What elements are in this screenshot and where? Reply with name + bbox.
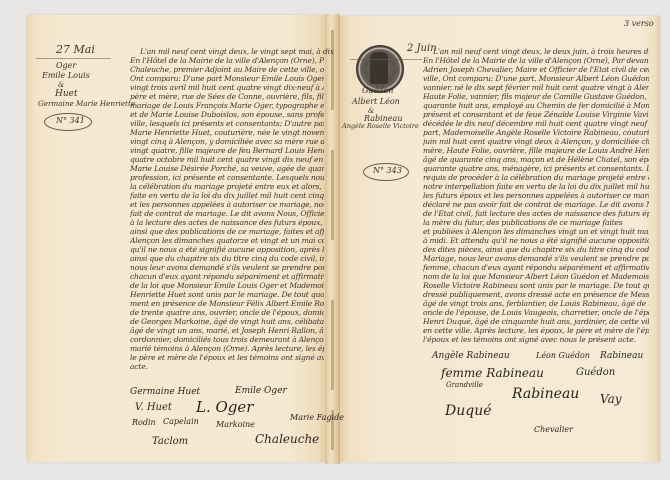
groom-surname: Oger [56, 62, 76, 70]
body-line: femme, chacun d'eux ayant répondu séparé… [423, 263, 649, 272]
body-line: et de Marie Louise Duboislos, son épouse… [130, 110, 324, 119]
body-line: âgé de vingt un ans, marié, et Joseph He… [130, 326, 324, 335]
body-line: Haute Folie, vannier, fils majeur de Cam… [423, 92, 649, 101]
body-line: les futurs époux et les personnes appelé… [423, 191, 649, 200]
body-line: des dites pièces, ainsi que du chapitre … [423, 245, 649, 254]
bride-surname: Huet [55, 90, 78, 99]
body-line: faite en vertu de la loi du dix juillet … [130, 191, 324, 200]
right-act-body: L'an mil neuf cent vingt deux, le deux j… [423, 47, 649, 357]
marianne-figure-icon [370, 52, 388, 84]
left-act-body: L'an mil neuf cent vingt deux, le vingt … [130, 47, 324, 387]
body-line: mère, Haute Folie, ouvrière, fille majeu… [423, 146, 649, 155]
body-line: quarante huit ans, employé au Chemin de … [423, 101, 649, 110]
body-line: Henri Duqué, âgé de cinquante huit ans, … [423, 317, 649, 326]
bride-given-names: Angèle Roselle Victoire [342, 123, 419, 130]
signature: Taclom [152, 436, 188, 447]
body-line: marié témoins à Alençon (Orne). Après le… [130, 344, 324, 353]
body-line: L'an mil neuf cent vingt deux, le deux j… [433, 47, 649, 56]
body-line: chacun d'eux ayant répondu séparément et… [130, 272, 324, 281]
body-line: décédée le dix neuf décembre mil huit ce… [423, 119, 649, 128]
body-line: vannier, né le dix sept février mil huit… [423, 83, 649, 92]
body-line: la mère du futur, des publications de ce… [423, 218, 649, 227]
margin-conjunction: & [58, 82, 64, 89]
groom-given-names: Albert Léon [352, 98, 400, 106]
binding-stitch [331, 300, 334, 390]
body-line: de la loi que Monsieur Emile Louis Oger … [130, 281, 324, 290]
body-line: quatre octobre mil huit cent quatre ving… [130, 155, 324, 164]
body-line: notre interpellation faite en vertu de l… [423, 182, 649, 191]
body-line: de trente quatre ans, ouvrier, oncle de … [130, 308, 324, 317]
body-line: et publiées à Alençon les dimanches ving… [423, 227, 649, 236]
body-line: Henriette Huet sont unis par le mariage.… [130, 290, 324, 299]
binding-stitch [331, 150, 334, 240]
signature: Vay [600, 392, 622, 406]
groom-given-names: Emile Louis [42, 72, 90, 80]
margin-rule [36, 58, 111, 59]
body-line: Ont comparu: D'une part Monsieur Emile L… [130, 74, 324, 83]
body-line: acte. [130, 362, 324, 371]
body-line: déclaré ne pas avoir fait de contrat de … [423, 200, 649, 209]
signature: Rodin [132, 418, 156, 427]
signature: Rabineau [600, 351, 643, 361]
body-line: en cette ville. Après lecture, les époux… [423, 326, 649, 335]
body-line: En l'Hôtel de la Mairie de la ville d'Al… [130, 56, 324, 65]
body-line: requis de procéder à la célébration du m… [423, 173, 649, 182]
body-line: oncle de l'épouse, de Louis Vaugeois, ch… [423, 308, 649, 317]
signature: femme Rabineau [441, 366, 544, 380]
body-line: présent et consentant et de feue Zénaïde… [423, 110, 649, 119]
signature: Grandville [446, 381, 483, 389]
signature: Angèle Rabineau [432, 351, 510, 361]
body-line: Adrien Joseph Chevalier, Maire et Offici… [423, 65, 649, 74]
body-line: Chaleuche, premier Adjoint au Maire de c… [130, 65, 324, 74]
body-line: ainsi que du chapitre six du titre cinq … [130, 254, 324, 263]
body-line: Mariage, nous leur avons demandé s'ils v… [423, 254, 649, 263]
signature: Chevalier [534, 425, 573, 434]
body-line: Marie Louise Désirée Porché, sa veuve, a… [130, 164, 324, 173]
body-line: mariage de Louis François Marie Oger, ty… [130, 101, 324, 110]
entry-date: 27 Mai [56, 44, 95, 55]
signature: Markoine [216, 420, 255, 429]
body-line: âgé de quarante cinq ans, maçon et de Hé… [423, 155, 649, 164]
folio-number: 3 verso [624, 20, 654, 28]
signature: Chaleuche [255, 432, 319, 446]
body-line: nous leur avons demandé s'ils veulent se… [130, 263, 324, 272]
body-line: ville, Ont comparu: D'une part, Monsieur… [423, 74, 649, 83]
body-line: Roselle Victoire Rabineau sont unis par … [423, 281, 649, 290]
signature: Guédon [576, 367, 615, 378]
body-line: Marie Henriette Huet, couturière, née le… [130, 128, 324, 137]
act-number: N° 341 [56, 117, 85, 125]
margin-rule [350, 59, 422, 60]
body-line: de l'Etat civil, fait lecture des actes … [423, 209, 649, 218]
body-line: vingt cinq à Alençon, y domiciliée avec … [130, 137, 324, 146]
groom-surname: Guédon [362, 87, 393, 95]
body-line: à la lecture des actes de naissance des … [130, 218, 324, 227]
body-line: de Georges Markoine, âgé de vingt huit a… [130, 317, 324, 326]
signature: V. Huet [135, 402, 172, 413]
body-line: âgé de vingt trois ans, ferblantier, de … [423, 299, 649, 308]
binding-stitch [331, 30, 334, 110]
body-line: dressé publiquement, avons dressé acte e… [423, 290, 649, 299]
body-line: profession, ici présente et consentante.… [130, 173, 324, 182]
body-line: ainsi que des publications de ce mariage… [130, 227, 324, 236]
signature: Léon Guédon [536, 351, 590, 360]
body-line: juin mil huit cent quatre vingt deux à A… [423, 137, 649, 146]
signature: Capelain [163, 417, 199, 426]
signature: Germaine Huet [130, 387, 200, 397]
signature: Duqué [445, 403, 492, 419]
body-line: quarante quatre ans, ménagère, ici prése… [423, 164, 649, 173]
signature: L. Oger [196, 398, 253, 416]
body-line: cordonnier, domiciliés tous trois demeur… [130, 335, 324, 344]
body-line: En l'Hôtel de la Mairie de la ville d'Al… [423, 56, 649, 65]
body-line: fait de contrat de mariage. Le dit avons… [130, 209, 324, 218]
body-line: père et mère, rue de Sées de Conne, ouvr… [130, 92, 324, 101]
body-line: ville, lesquels ici présents et consenta… [130, 119, 324, 128]
body-line: qu'il ne nous a été signifié aucune oppo… [130, 245, 324, 254]
body-line: ment en présence de Monsieur Félix Alber… [130, 299, 324, 308]
bride-given-names: Germaine Marie Henriette [38, 100, 135, 107]
body-line: la célébration du mariage projeté entre … [130, 182, 324, 191]
body-line: part, Mademoiselle Angèle Roselle Victoi… [423, 128, 649, 137]
signature: Rabineau [512, 386, 579, 402]
body-line: et les personnes appelées à autoriser ce… [130, 200, 324, 209]
body-line: vingt quatre, fille majeure de feu Berna… [130, 146, 324, 155]
body-line: L'an mil neuf cent vingt deux, le vingt … [140, 47, 334, 56]
body-line: vingt trois avril mil huit cent quatre v… [130, 83, 324, 92]
signature: Marie Fagide [290, 413, 344, 422]
body-line: Alençon les dimanches quatorze et vingt … [130, 236, 324, 245]
body-line: l'époux et les témoins ont signé avec no… [423, 335, 649, 344]
body-line: à midi. Et attendu qu'il ne nous a été s… [423, 236, 649, 245]
signature: Emile Oger [235, 386, 287, 396]
body-line: le père et mère de l'époux et les témoin… [130, 353, 324, 362]
body-line: nom de la loi que Monsieur Albert Léon G… [423, 272, 649, 281]
act-number: N° 343 [373, 167, 402, 175]
